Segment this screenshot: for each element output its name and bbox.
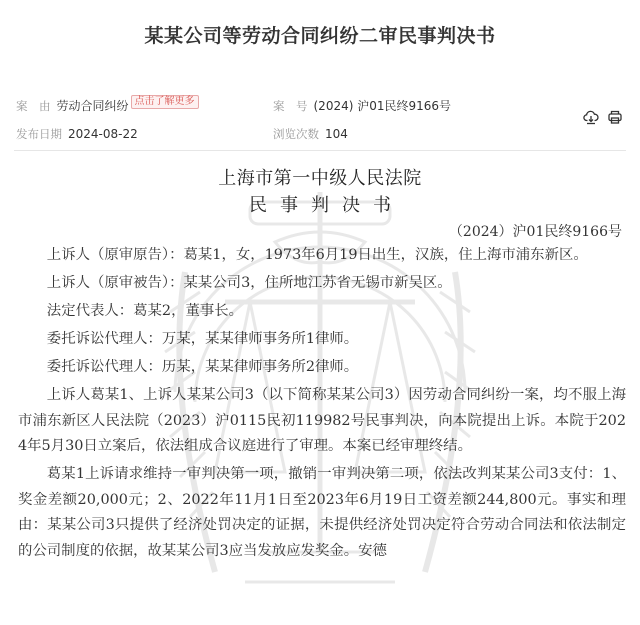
paragraph-appeal-request: 葛某1上诉请求维持一审判决第一项，撤销一审判决第二项，依法改判某某公司3支付：1… [18,462,626,564]
court-name: 上海市第一中级人民法院 [0,164,640,190]
case-meta-panel: 案 由 劳动合同纠纷 点击了解更多 案 号 (2024) 沪01民终9166号 … [0,96,640,148]
view-count-value: 104 [325,124,348,144]
print-button[interactable] [606,110,624,128]
meta-row-1: 案 由 劳动合同纠纷 点击了解更多 案 号 (2024) 沪01民终9166号 [0,96,640,116]
download-button[interactable] [582,110,600,128]
paragraph-legal-representative: 法定代表人：葛某2，董事长。 [18,299,626,325]
document-actions [582,110,624,128]
publish-date-value: 2024-08-22 [68,124,138,144]
paragraph-case-summary: 上诉人葛某1、上诉人某某公司3（以下简称某某公司3）因劳动合同纠纷一案，均不服上… [18,383,626,460]
case-cause-label: 案 由 [16,96,51,116]
judgment-text: 上诉人（原审原告）：葛某1，女，1973年6月19日出生，汉族，住上海市浦东新区… [18,243,626,567]
case-cause-field: 案 由 劳动合同纠纷 点击了解更多 [16,96,199,116]
view-count-label: 浏览次数 [273,124,319,144]
paragraph-agent-1: 委托诉讼代理人：万某，某某律师事务所1律师。 [18,327,626,353]
case-number-field: 案 号 (2024) 沪01民终9166号 [273,96,451,116]
page-header: 某某公司等劳动合同纠纷二审民事判决书 [0,0,640,70]
document-type: 民事判决书 [0,191,640,217]
case-number-label: 案 号 [273,96,308,116]
cloud-download-icon [583,109,599,129]
publish-date-field: 发布日期 2024-08-22 [16,124,138,144]
view-count-field: 浏览次数 104 [273,124,348,144]
header-divider [14,150,626,151]
publish-date-label: 发布日期 [16,124,62,144]
learn-more-tag[interactable]: 点击了解更多 [131,95,199,109]
case-number-value: (2024) 沪01民终9166号 [314,96,452,116]
meta-row-2: 发布日期 2024-08-22 浏览次数 104 [0,124,640,144]
page-title: 某某公司等劳动合同纠纷二审民事判决书 [144,21,495,48]
paragraph-appellant-defendant: 上诉人（原审被告）：某某公司3，住所地江苏省无锡市新吴区。 [18,271,626,297]
document-body: 上海市第一中级人民法院 民事判决书 （2024）沪01民终9166号 上诉人（原… [0,152,640,625]
paragraph-appellant-plaintiff: 上诉人（原审原告）：葛某1，女，1973年6月19日出生，汉族，住上海市浦东新区… [18,243,626,269]
paragraph-agent-2: 委托诉讼代理人：历某，某某律师事务所2律师。 [18,355,626,381]
case-cause-value: 劳动合同纠纷 [57,96,129,116]
printer-icon [607,109,623,129]
document-case-number: （2024）沪01民终9166号 [449,221,622,241]
